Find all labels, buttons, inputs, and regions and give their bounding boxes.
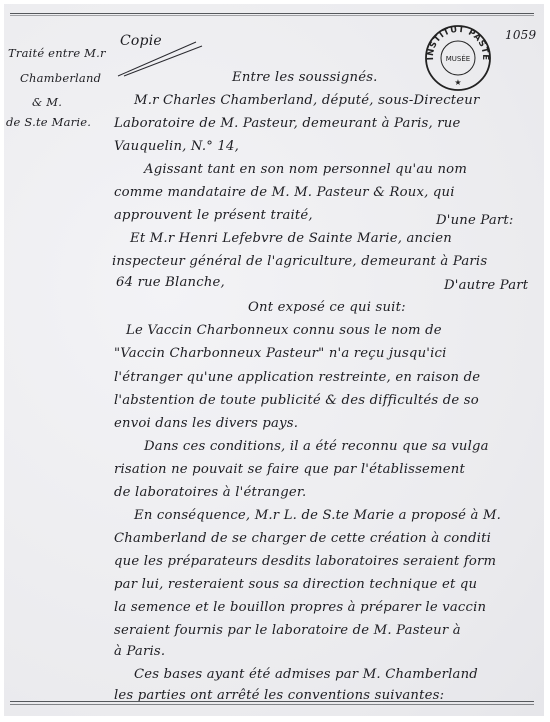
text-line: envoi dans les divers pays. <box>114 416 298 431</box>
text-line: comme mandataire de M. M. Pasteur & Roux… <box>114 185 455 200</box>
top-rule <box>10 13 534 14</box>
text-line: risation ne pouvait se faire que par l'é… <box>114 462 465 477</box>
text-line: inspecteur général de l'agriculture, dem… <box>112 254 487 269</box>
text-line: En conséquence, M.r L. de S.te Marie a p… <box>134 508 501 523</box>
top-rule-shadow <box>10 15 534 16</box>
text-line: approuvent le présent traité, <box>114 208 313 223</box>
text-line: l'étranger qu'une application restreinte… <box>114 370 480 385</box>
stamp-inner-text: MUSÉE <box>446 54 470 63</box>
text-line: M.r Charles Chamberland, député, sous-Di… <box>134 93 480 108</box>
margin-note-line: Chamberland <box>20 71 101 85</box>
text-line: par lui, resteraient sous sa direction t… <box>114 577 477 592</box>
text-line: Et M.r Henri Lefebvre de Sainte Marie, a… <box>130 231 452 246</box>
text-line: D'une Part: <box>436 213 514 228</box>
text-line: que les préparateurs desdits laboratoire… <box>114 554 496 569</box>
text-line: Chamberland de se charger de cette créat… <box>114 531 491 546</box>
text-line: Laboratoire de M. Pasteur, demeurant à P… <box>114 116 460 131</box>
text-line: "Vaccin Charbonneux Pasteur" n'a reçu ju… <box>114 346 447 361</box>
margin-note-line: Traité entre M.r <box>8 46 106 60</box>
text-line: la semence et le bouillon propres à prép… <box>114 600 486 615</box>
flourish-underline-icon <box>116 34 206 79</box>
bottom-rule-double <box>10 704 534 705</box>
text-line: Ces bases ayant été admises par M. Chamb… <box>134 667 478 682</box>
text-line: D'autre Part <box>444 278 528 293</box>
institut-pasteur-stamp: INSTITUT PASTEUR MUSÉE ★ <box>424 24 492 92</box>
stamp-star-icon: ★ <box>454 78 461 87</box>
text-line: seraient fournis par le laboratoire de M… <box>114 623 461 638</box>
text-line: Entre les soussignés. <box>232 70 378 85</box>
margin-note-line: de S.te Marie. <box>6 115 91 129</box>
text-line: 64 rue Blanche, <box>116 275 225 290</box>
margin-note-line: & M. <box>32 95 62 109</box>
text-line: l'abstention de toute publicité & des di… <box>114 393 479 408</box>
text-line: à Paris. <box>114 644 165 659</box>
text-line: Le Vaccin Charbonneux connu sous le nom … <box>126 323 442 338</box>
text-line: Agissant tant en son nom personnel qu'au… <box>144 162 467 177</box>
text-line: Vauquelin, N.° 14, <box>114 139 239 154</box>
text-line: Ont exposé ce qui suit: <box>248 300 406 315</box>
bottom-rule <box>10 701 534 702</box>
folio-number: 1059 <box>505 28 536 42</box>
text-line: Dans ces conditions, il a été reconnu qu… <box>144 439 489 454</box>
text-line: de laboratoires à l'étranger. <box>114 485 306 500</box>
document-page: Copie INSTITUT PASTEUR MUSÉE ★ 1059 Trai… <box>4 4 544 716</box>
